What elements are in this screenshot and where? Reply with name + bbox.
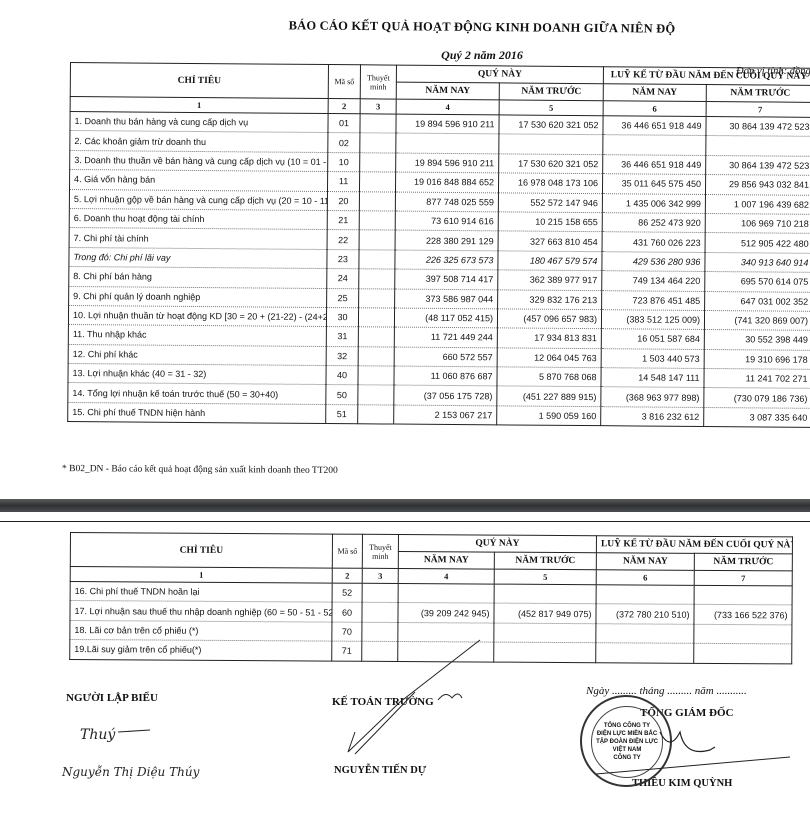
row-label: 12. Chi phí khác xyxy=(68,344,326,365)
header-q-nam-truoc: NĂM TRƯỚC xyxy=(499,83,603,101)
quarter-this-year: 2 153 067 217 xyxy=(394,405,497,425)
quarter-this-year: 877 748 025 559 xyxy=(395,192,498,212)
row-code: 50 xyxy=(326,385,358,405)
ytd-this-year: 1 435 006 342 999 xyxy=(602,193,705,213)
ytd-prev-year: 30 552 398 449 xyxy=(704,330,810,350)
quarter-prev-year: 362 389 977 917 xyxy=(498,270,602,290)
report-page-1: BÁO CÁO KẾT QUẢ HOẠT ĐỘNG KINH DOANH GIỮ… xyxy=(0,0,810,492)
ytd-this-year: 35 011 645 575 450 xyxy=(603,174,706,194)
ytd-this-year: 36 446 651 918 449 xyxy=(603,154,706,174)
ytd-this-year: (368 963 977 898) xyxy=(601,387,704,407)
col-number: 6 xyxy=(603,101,706,117)
ytd-this-year: 3 816 232 612 xyxy=(601,407,704,427)
page-divider xyxy=(0,499,810,512)
quarter-this-year: 226 325 673 573 xyxy=(395,250,498,270)
row-label: 1. Doanh thu bán hàng và cung cấp dịch v… xyxy=(70,112,328,133)
ytd-this-year: 429 536 280 936 xyxy=(602,251,705,271)
ytd-prev-year: 647 031 002 352 xyxy=(705,291,810,311)
quarter-prev-year: 16 978 048 173 106 xyxy=(498,173,602,193)
header-y-nam-truoc: NĂM TRƯỚC xyxy=(706,84,810,102)
row-code: 23 xyxy=(327,249,359,269)
row-note xyxy=(359,230,395,250)
row-code: 02 xyxy=(328,133,360,153)
row-label: 4. Giá vốn hàng bán xyxy=(70,170,328,191)
ytd-prev-year: 11 241 702 271 xyxy=(704,369,810,389)
quarter-this-year xyxy=(396,133,499,153)
header-ma-so: Mã số xyxy=(328,65,360,99)
row-code: 31 xyxy=(326,327,358,347)
footnote: * B02_DN - Báo cáo kết quả hoạt động sản… xyxy=(62,464,338,476)
header-luy-ke: LUỸ KẾ TỪ ĐẦU NĂM ĐẾN CUỐI QUÝ NÀY xyxy=(603,67,810,86)
quarter-prev-year: (451 227 889 915) xyxy=(497,386,601,406)
quarter-this-year: 19 894 596 910 211 xyxy=(396,114,499,134)
row-code: 20 xyxy=(327,191,359,211)
ytd-this-year: 749 134 464 220 xyxy=(602,271,705,291)
row-code: 40 xyxy=(326,366,358,386)
row-label: 3. Doanh thu thuần về bán hàng và cung c… xyxy=(70,150,328,171)
row-note xyxy=(360,133,396,153)
row-label: 6. Doanh thu hoạt động tài chính xyxy=(69,208,327,229)
row-code: 11 xyxy=(327,172,359,192)
quarter-this-year: 19 016 848 884 652 xyxy=(395,172,498,192)
ytd-prev-year: 19 310 696 178 xyxy=(704,349,810,369)
col-number: 2 xyxy=(328,99,360,114)
row-note xyxy=(358,346,394,366)
quarter-this-year: 373 586 987 044 xyxy=(395,289,498,309)
quarter-this-year: 660 572 557 xyxy=(394,347,497,367)
quarter-prev-year: 180 467 579 574 xyxy=(498,251,602,271)
ytd-this-year: 86 252 473 920 xyxy=(602,213,705,233)
ytd-prev-year: 29 856 943 032 841 xyxy=(705,175,810,195)
report-subtitle: Quý 2 năm 2016 xyxy=(262,48,702,63)
row-code: 21 xyxy=(327,210,359,230)
quarter-this-year: 397 508 714 417 xyxy=(395,269,498,289)
quarter-this-year: 228 380 291 129 xyxy=(395,230,498,250)
ytd-this-year: (383 512 125 009) xyxy=(601,310,704,330)
header-chi-tieu: CHỈ TIÊU xyxy=(70,63,328,99)
row-code: 10 xyxy=(328,152,360,172)
col-number: 4 xyxy=(396,99,499,115)
row-code: 25 xyxy=(327,288,359,308)
row-label: 15. Chi phí thuế TNDN hiện hành xyxy=(68,402,326,423)
row-label: 7. Chi phí tài chính xyxy=(69,228,327,249)
row-note xyxy=(359,269,395,289)
ytd-this-year: 723 876 451 485 xyxy=(602,290,705,310)
quarter-this-year: 19 894 596 910 211 xyxy=(396,153,499,173)
row-note xyxy=(359,211,395,231)
row-label: Trong đó: Chi phí lãi vay xyxy=(69,247,327,268)
row-code: 01 xyxy=(328,114,360,134)
ytd-this-year: 14 548 147 111 xyxy=(601,368,704,388)
ytd-this-year: 36 446 651 918 449 xyxy=(603,116,706,136)
quarter-prev-year: 1 590 059 160 xyxy=(497,406,601,426)
row-note xyxy=(358,366,394,386)
quarter-prev-year: 10 215 158 655 xyxy=(498,212,602,232)
row-label: 8. Chi phí bán hàng xyxy=(69,267,327,288)
row-code: 30 xyxy=(326,307,358,327)
row-note xyxy=(358,405,394,425)
row-note xyxy=(358,308,394,328)
row-note xyxy=(359,250,395,270)
ytd-this-year: 1 503 440 573 xyxy=(601,348,704,368)
col-number: 3 xyxy=(360,99,396,114)
quarter-this-year: 11 721 449 244 xyxy=(394,327,497,347)
ytd-this-year: 431 760 026 223 xyxy=(602,232,705,252)
row-label: 5. Lợi nhuận gộp về bán hàng và cung cấp… xyxy=(69,189,327,210)
header-thuyet-minh: Thuyết minh xyxy=(360,65,396,99)
quarter-prev-year: 12 064 045 763 xyxy=(497,348,601,368)
quarter-this-year: 11 060 876 687 xyxy=(394,366,497,386)
row-note xyxy=(359,172,395,192)
row-label: 9. Chi phí quản lý doanh nghiệp xyxy=(69,286,327,307)
row-label: 10. Lợi nhuận thuần từ hoạt động KD [30 … xyxy=(68,305,326,326)
row-code: 24 xyxy=(327,269,359,289)
income-statement-table-1: CHỈ TIÊU Mã số Thuyết minh QUÝ NÀY LUỸ K… xyxy=(67,62,810,428)
ytd-prev-year xyxy=(706,136,810,156)
quarter-this-year: 73 610 914 616 xyxy=(395,211,498,231)
ytd-prev-year: 106 969 710 218 xyxy=(705,213,810,233)
row-note xyxy=(358,385,394,405)
quarter-prev-year: 17 530 620 321 052 xyxy=(499,115,603,135)
row-code: 51 xyxy=(326,404,358,424)
quarter-prev-year: 17 934 813 831 xyxy=(497,328,601,348)
header-y-nam-nay: NĂM NAY xyxy=(603,84,706,102)
quarter-prev-year: (457 096 657 983) xyxy=(497,309,601,329)
quarter-this-year: (37 056 175 728) xyxy=(394,386,497,406)
row-note xyxy=(360,114,396,134)
row-label: 13. Lợi nhuận khác (40 = 31 - 32) xyxy=(68,364,326,385)
quarter-this-year: (48 117 052 415) xyxy=(394,308,497,328)
ytd-prev-year: 30 864 139 472 523 xyxy=(706,116,810,136)
row-note xyxy=(359,191,395,211)
col-number: 7 xyxy=(706,101,810,117)
row-label: 11. Thu nhập khác xyxy=(68,325,326,346)
quarter-prev-year: 552 572 147 946 xyxy=(498,192,602,212)
ytd-prev-year: (741 320 869 007) xyxy=(704,310,810,330)
row-note xyxy=(358,327,394,347)
ytd-prev-year: 512 905 422 480 xyxy=(705,233,810,253)
quarter-prev-year: 329 832 176 213 xyxy=(498,289,602,309)
ytd-prev-year: 3 087 335 640 xyxy=(704,407,810,427)
report-page-2: CHỈ TIÊU Mã số Thuyết minh QUÝ NÀY LUỸ K… xyxy=(0,522,810,834)
row-note xyxy=(360,153,396,173)
report-title: BÁO CÁO KẾT QUẢ HOẠT ĐỘNG KINH DOANH GIỮ… xyxy=(262,18,702,37)
quarter-prev-year: 5 870 768 068 xyxy=(497,367,601,387)
quarter-prev-year xyxy=(499,134,603,154)
header-q-nam-nay: NĂM NAY xyxy=(396,82,499,100)
quarter-prev-year: 17 530 620 321 052 xyxy=(499,154,603,174)
quarter-prev-year: 327 663 810 454 xyxy=(498,231,602,251)
row-code: 32 xyxy=(326,346,358,366)
col-number: 5 xyxy=(499,100,603,116)
row-code: 22 xyxy=(327,230,359,250)
ytd-prev-year: (730 079 186 736) xyxy=(704,388,810,408)
ytd-prev-year: 340 913 640 914 xyxy=(705,252,810,272)
row-note xyxy=(359,288,395,308)
header-quy-nay: QUÝ NÀY xyxy=(396,65,603,84)
ytd-this-year: 16 051 587 684 xyxy=(601,329,704,349)
row-label: 2. Các khoản giảm trừ doanh thu xyxy=(70,131,328,152)
row-label: 14. Tổng lợi nhuận kế toán trước thuế (5… xyxy=(68,383,326,404)
signature-strokes xyxy=(0,522,810,834)
ytd-prev-year: 30 864 139 472 523 xyxy=(706,155,810,175)
ytd-prev-year: 1 007 196 439 682 xyxy=(705,194,810,214)
ytd-this-year xyxy=(603,135,706,155)
ytd-prev-year: 695 570 614 075 xyxy=(705,272,810,292)
